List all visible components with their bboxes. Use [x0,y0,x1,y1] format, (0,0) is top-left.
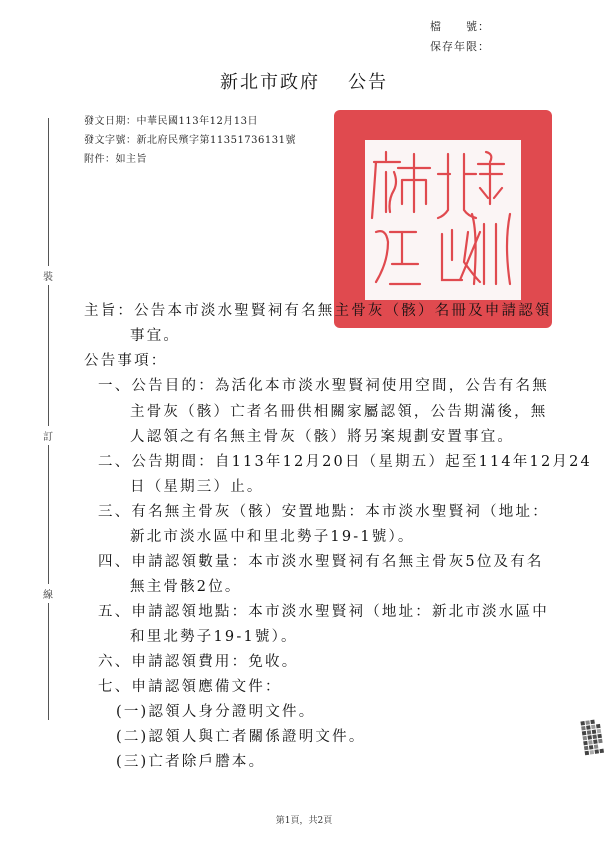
binding-label-ding: 訂 [41,426,55,445]
subject-line-1: 主旨：公告本市淡水聖賢祠有名無主骨灰（骸）名冊及申請認領 [84,298,552,324]
item-4-line-1: 四、申請認領數量：本市淡水聖賢祠有名無主骨灰5位及有名 [98,549,544,575]
issue-date: 發文日期：中華民國113年12月13日 [84,112,258,127]
sub-item-2: (二)認領人與亡者關係證明文件。 [116,724,366,750]
item-2-line-2: 日（星期三）止。 [130,474,264,500]
item-3-line-1: 三、有名無主骨灰（骸）安置地點：本市淡水聖賢祠（地址： [98,499,549,525]
title-org: 新北市政府 [220,68,320,94]
file-number-label: 檔 號： [430,18,490,34]
binding-label-zhuang: 裝 [41,266,55,285]
page-title: 新北市政府公告 [0,68,608,94]
binding-line [48,118,49,720]
attachment-info: 附件：如主旨 [84,150,147,165]
sub-item-1: (一)認領人身分證明文件。 [116,699,315,725]
barcode-icon [580,719,605,759]
item-5-line-1: 五、申請認領地點：本市淡水聖賢祠（地址：新北市淡水區中 [98,599,549,625]
retention-period-label: 保存年限： [430,38,490,54]
seal-script-icon [368,144,518,296]
item-6-line-1: 六、申請認領費用：免收。 [98,649,298,675]
item-4-line-2: 無主骨骸2位。 [130,574,242,600]
title-doc-type: 公告 [348,68,388,94]
binding-label-xian: 線 [41,584,55,603]
item-5-line-2: 和里北勢子19-1號）。 [130,624,298,650]
item-7-line-1: 七、申請認領應備文件： [98,674,282,700]
subject-line-2: 事宜。 [130,323,180,349]
item-1-line-3: 人認領之有名無主骨灰（骸）將另案規劃安置事宜。 [130,424,514,450]
item-1-line-1: 一、公告目的：為活化本市淡水聖賢祠使用空間，公告有名無 [98,373,549,399]
sub-item-3: (三)亡者除戶謄本。 [116,749,265,775]
doc-number: 發文字號：新北府民殯字第11351736131號 [84,131,296,146]
page-indicator: 第1頁，共2頁 [0,813,608,826]
announcement-heading: 公告事項： [84,348,168,374]
item-1-line-2: 主骨灰（骸）亡者名冊供相關家屬認領，公告期滿後，無 [130,399,548,425]
item-3-line-2: 新北市淡水區中和里北勢子19-1號）。 [130,524,415,550]
item-2-line-1: 二、公告期間：自113年12月20日（星期五）起至114年12月24 [98,449,592,475]
